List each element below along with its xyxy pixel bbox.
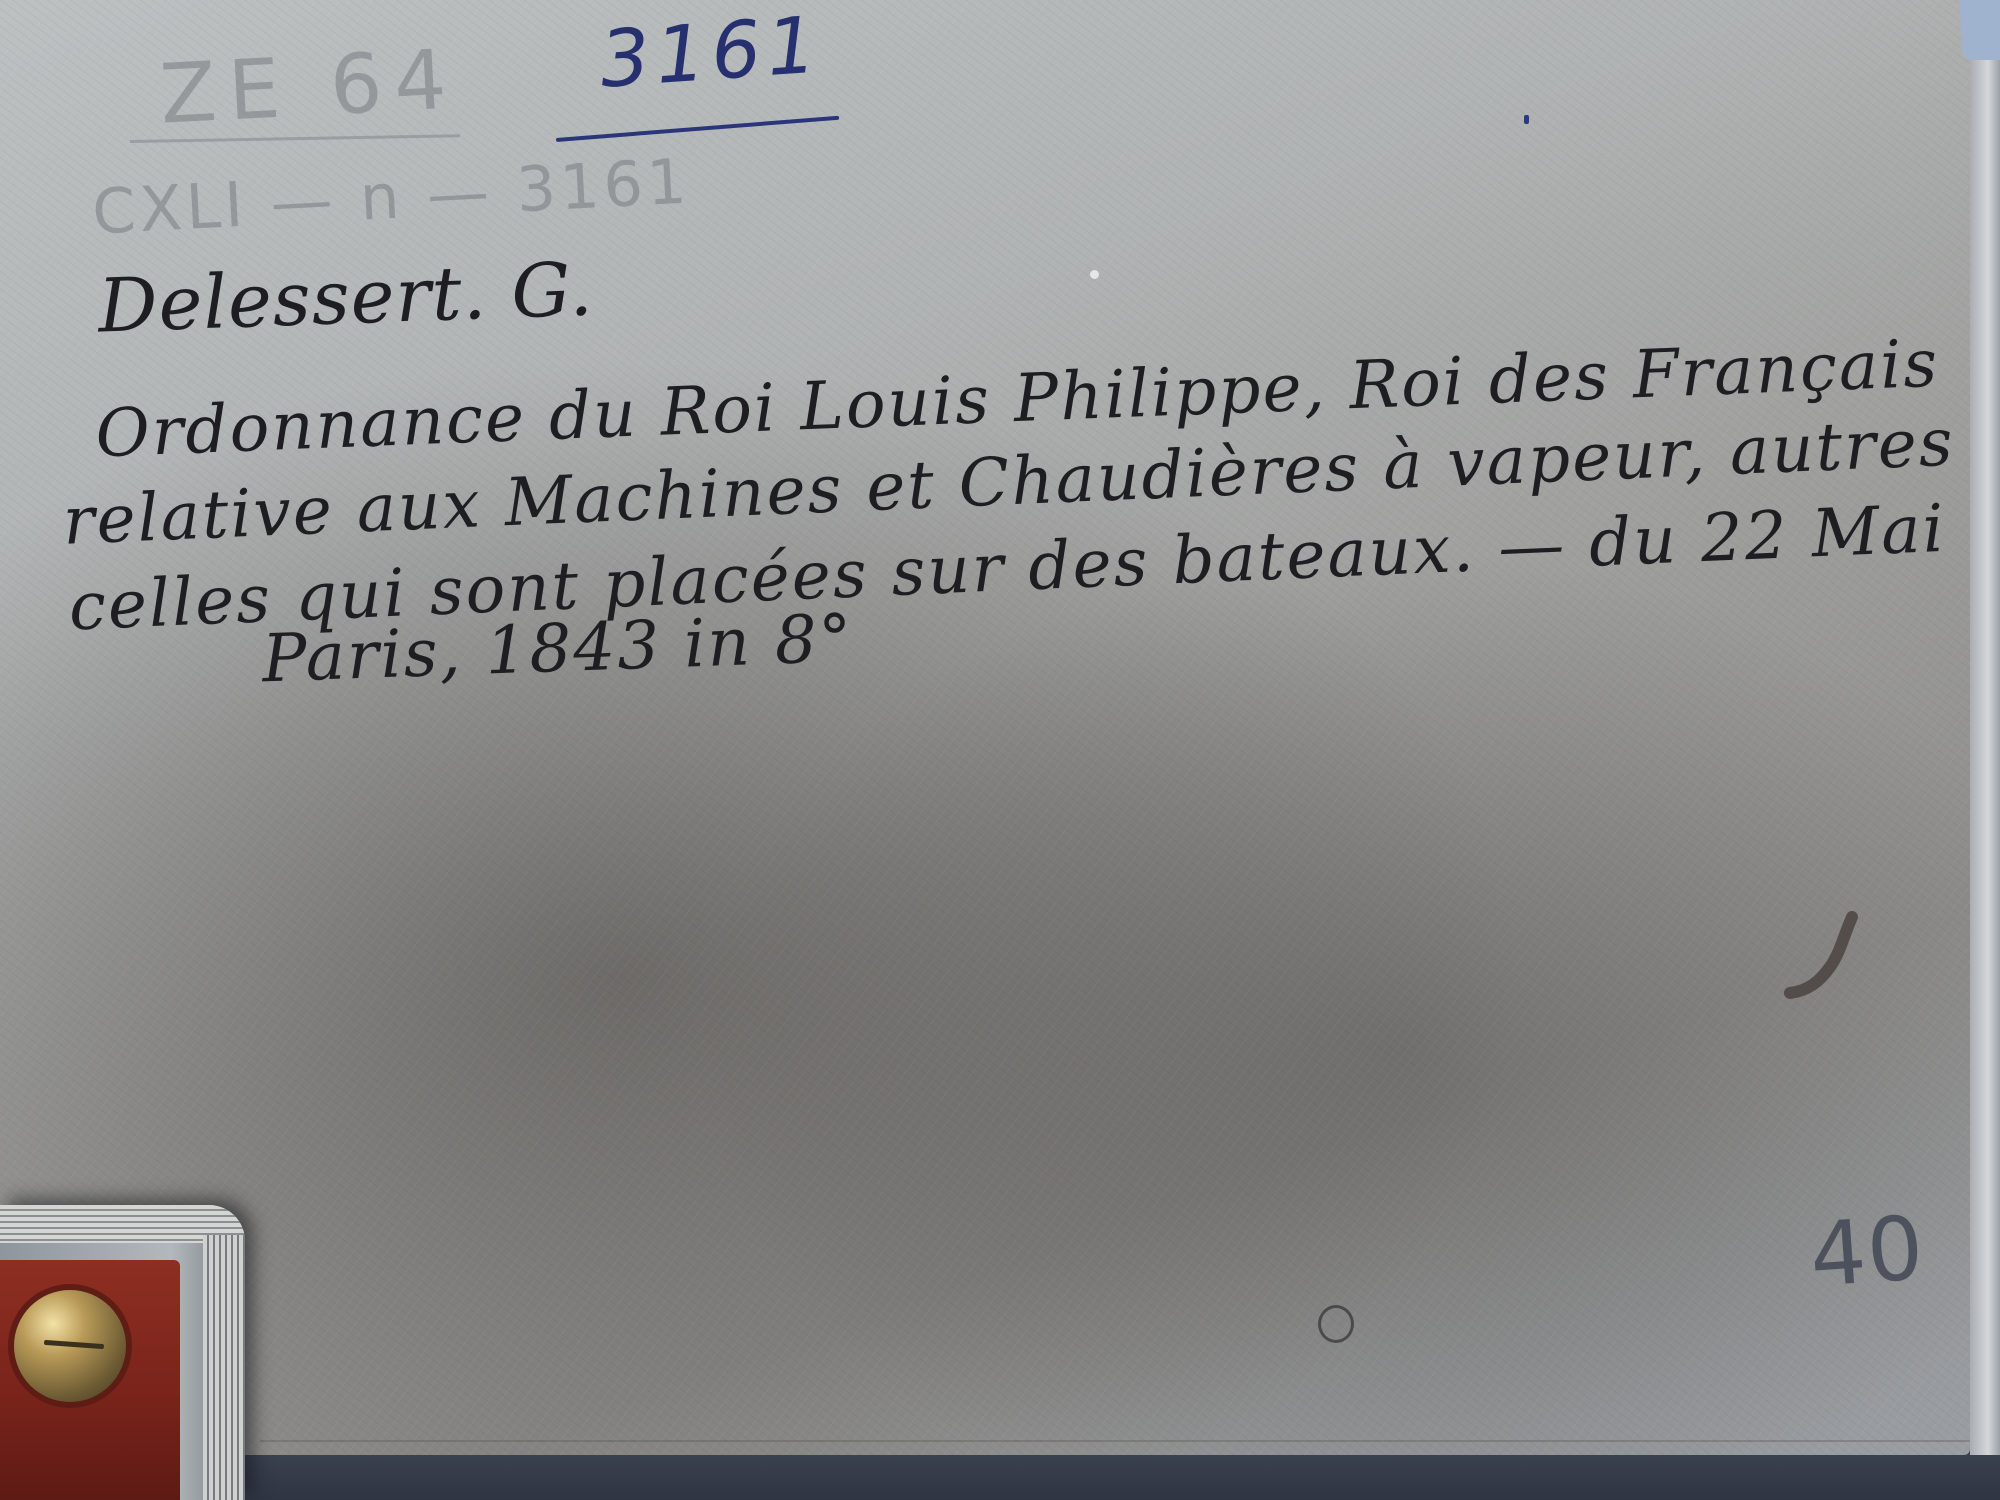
blue-ink-dot [1524, 115, 1529, 124]
card-binding-clip [0, 1145, 260, 1500]
card-photo-scene: ZE 64 CXLI — n — 3161 3161 Delessert. G.… [0, 0, 2000, 1500]
folio-number: 40 [1807, 1196, 1928, 1307]
card-bottom-fold [260, 1440, 1970, 1442]
circle-mark [1318, 1305, 1354, 1343]
pencil-shelfmark-secondary: CXLI — n — 3161 [90, 144, 692, 248]
catalogue-card: ZE 64 CXLI — n — 3161 3161 Delessert. G.… [0, 0, 1970, 1455]
call-number: 3161 [597, 0, 825, 105]
paper-speck [1090, 270, 1099, 279]
brass-screw-icon [14, 1290, 126, 1402]
card-stack-edge [1970, 60, 2000, 1455]
screw-slot [44, 1340, 104, 1349]
author-name: Delessert. G. [97, 246, 595, 349]
ink-stain-mark [1770, 905, 1870, 1015]
pencil-shelfmark: ZE 64 [158, 32, 461, 142]
call-number-underline [556, 116, 839, 142]
